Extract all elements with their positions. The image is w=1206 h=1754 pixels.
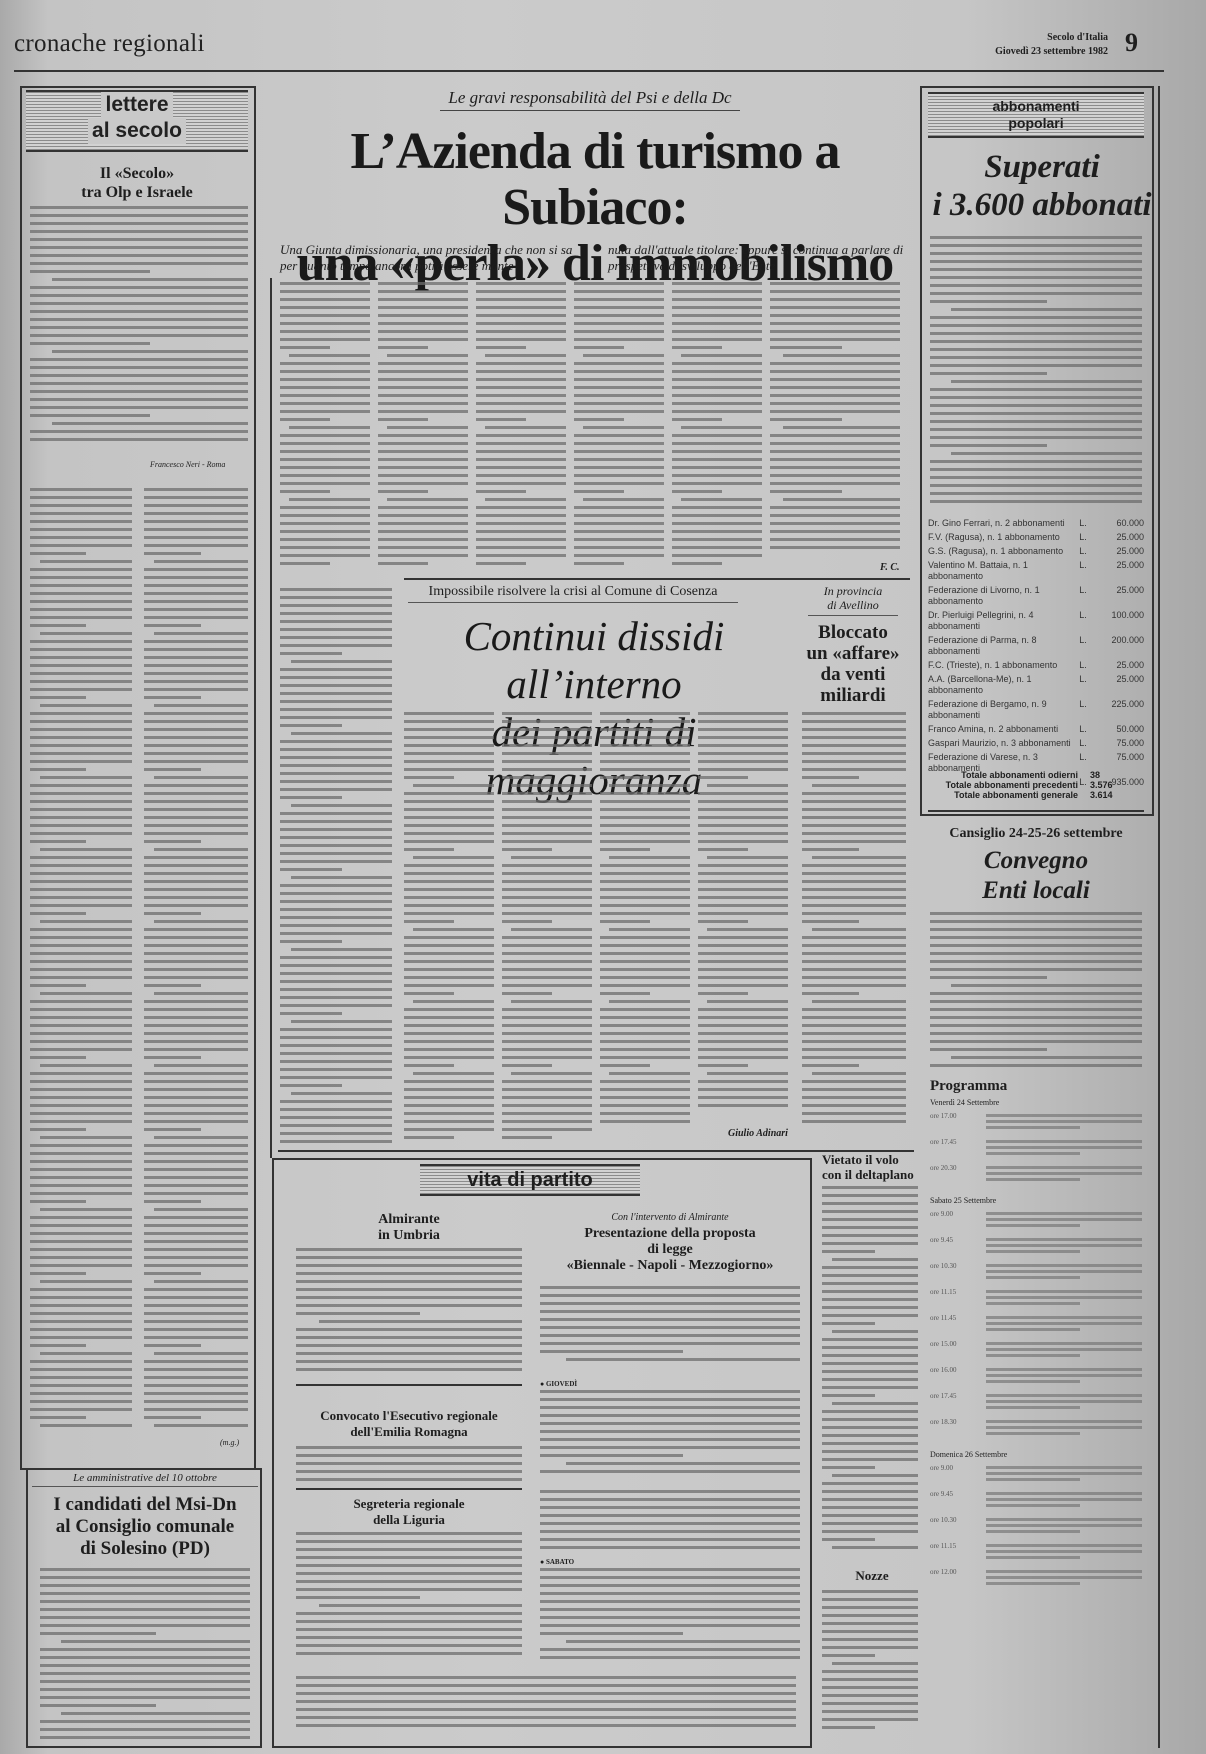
subscription-amount: 25.000 (1090, 546, 1144, 557)
text-line (930, 460, 1142, 463)
subscriptions-title-line2: popolari (928, 115, 1144, 132)
text-line (802, 848, 859, 851)
text-line (144, 824, 248, 827)
programme-row: ore 17.45 (930, 1392, 1142, 1412)
text-line (280, 1044, 392, 1047)
text-line (822, 1242, 918, 1245)
text-line (52, 422, 248, 425)
text-line (583, 354, 664, 357)
programme-title: Programma (930, 1078, 1007, 1095)
text-line (502, 760, 592, 763)
text-line (574, 418, 624, 421)
text-line (144, 1096, 248, 1099)
text-line (280, 474, 370, 477)
text-line (30, 438, 248, 441)
text-line (770, 282, 900, 285)
text-line (280, 362, 370, 365)
letters-headline-line2: tra Olp e Israele (26, 183, 248, 202)
text-line (476, 450, 566, 453)
text-line (30, 816, 132, 819)
text-line (672, 306, 762, 309)
text-line (296, 1652, 522, 1655)
text-line (296, 1580, 522, 1583)
text-line (404, 936, 494, 939)
text-line (30, 1112, 132, 1115)
text-line (822, 1718, 918, 1721)
text-line (144, 872, 248, 875)
text-line (30, 512, 132, 515)
column-rule-right (1158, 86, 1160, 1748)
text-line (600, 1040, 690, 1043)
programme-description (986, 1516, 1142, 1536)
text-line (378, 378, 468, 381)
text-line (822, 1670, 918, 1673)
text-line (280, 748, 392, 751)
text-line (502, 1120, 592, 1123)
subscriptions-title-line1: abbonamenti (928, 98, 1144, 115)
text-line (698, 776, 748, 779)
text-line (672, 506, 762, 509)
text-line (291, 1092, 392, 1095)
text-line (600, 1112, 690, 1115)
text-line (802, 1080, 906, 1083)
text-line (476, 458, 566, 461)
text-line (291, 1020, 392, 1023)
text-line (574, 546, 664, 549)
text-line (822, 1506, 918, 1509)
letters-second-body-right (144, 488, 248, 1432)
text-line (30, 294, 248, 297)
text-line (378, 450, 468, 453)
text-line (144, 496, 248, 499)
text-line (672, 442, 762, 445)
text-line (280, 530, 370, 533)
programme-time: ore 17.45 (930, 1138, 986, 1158)
text-line (502, 1040, 592, 1043)
text-line (600, 1096, 690, 1099)
text-line (812, 784, 906, 787)
text-line (30, 1216, 132, 1219)
text-line (502, 848, 552, 851)
text-line (144, 1160, 248, 1163)
text-line (280, 684, 392, 687)
subscription-name: F.C. (Trieste), n. 1 abbonamento (928, 660, 1076, 671)
programme-time: ore 11.15 (930, 1288, 986, 1308)
text-line (770, 546, 900, 549)
text-line (698, 880, 788, 883)
text-line (698, 864, 788, 867)
text-line (296, 1572, 522, 1575)
text-line (770, 386, 900, 389)
text-line (672, 362, 762, 365)
text-line (30, 1152, 132, 1155)
text-line (144, 1360, 248, 1363)
programme-description (986, 1418, 1142, 1438)
lead-body-col6 (770, 282, 900, 558)
subscription-amount: 25.000 (1090, 660, 1144, 671)
text-line (600, 1120, 690, 1123)
text-line (296, 1344, 522, 1347)
text-line (476, 546, 566, 549)
text-line (600, 912, 690, 915)
text-line (600, 944, 690, 947)
text-line (600, 1104, 690, 1107)
text-line (413, 856, 494, 859)
text-line (822, 1638, 918, 1641)
subscription-amount: 25.000 (1090, 674, 1144, 696)
text-line (30, 262, 248, 265)
letters-second-body-left (30, 488, 132, 1432)
text-line (280, 1012, 342, 1015)
subscription-row: F.C. (Trieste), n. 1 abbonamentoL.25.000 (928, 660, 1144, 671)
presentation-kicker: Con l'intervento di Almirante (540, 1212, 800, 1223)
text-line (930, 1000, 1142, 1003)
text-line (280, 884, 392, 887)
newspaper-page: cronache regionali Secolo d'Italia Giove… (0, 0, 1206, 1754)
text-line (30, 1392, 132, 1395)
text-line (672, 522, 762, 525)
text-line (802, 1104, 906, 1107)
totals-row: Totale abbonamenti odierni38 (928, 770, 1144, 780)
text-line (30, 238, 248, 241)
text-line (404, 888, 494, 891)
text-line (144, 1232, 248, 1235)
text-line (378, 458, 468, 461)
text-line (280, 1108, 392, 1111)
rule-emilia (296, 1384, 522, 1386)
subscriptions-box-title: abbonamenti popolari (928, 92, 1144, 138)
text-line (30, 1096, 132, 1099)
text-line (404, 896, 494, 899)
subscription-amount: 200.000 (1090, 635, 1144, 657)
text-line (378, 362, 468, 365)
text-line (502, 1048, 592, 1051)
text-line (30, 1056, 86, 1059)
text-line (296, 1288, 522, 1291)
text-line (280, 636, 392, 639)
text-line (404, 968, 494, 971)
liguria-title-line1: Segreteria regionale (296, 1496, 522, 1512)
text-line (404, 736, 494, 739)
text-line (574, 482, 664, 485)
text-line (822, 1282, 918, 1285)
bottom-section-rule (278, 1150, 914, 1152)
text-line (930, 444, 1047, 447)
text-line (698, 912, 788, 915)
text-line (802, 728, 906, 731)
text-line (502, 920, 552, 923)
text-line (672, 530, 762, 533)
text-line (280, 1068, 392, 1071)
programme-time: ore 10.30 (930, 1516, 986, 1536)
text-line (574, 466, 664, 469)
text-line (812, 856, 906, 859)
subscriptions-totals: Totale abbonamenti odierni38Totale abbon… (928, 770, 1144, 800)
text-line (144, 1296, 248, 1299)
text-line (378, 514, 468, 517)
text-line (930, 252, 1142, 255)
text-line (30, 1032, 132, 1035)
text-line (30, 640, 132, 643)
nozze-headline: Nozze (822, 1568, 922, 1584)
text-line (822, 1378, 918, 1381)
text-line (502, 936, 592, 939)
text-line (476, 522, 566, 525)
text-line (296, 1676, 796, 1679)
text-line (930, 348, 1142, 351)
text-line (404, 1120, 494, 1123)
subscription-name: Franco Amina, n. 2 abbonamenti (928, 724, 1076, 735)
text-line (802, 744, 906, 747)
text-line (672, 338, 762, 341)
text-line (770, 394, 900, 397)
text-line (822, 1694, 918, 1697)
text-line (672, 450, 762, 453)
text-line (672, 418, 722, 421)
text-line (930, 928, 1142, 931)
text-line (378, 394, 468, 397)
text-line (476, 434, 566, 437)
text-line (144, 760, 248, 763)
text-line (404, 808, 494, 811)
text-line (30, 664, 132, 667)
subscription-amount: 25.000 (1090, 532, 1144, 543)
text-line (378, 522, 468, 525)
text-line (822, 1226, 918, 1229)
text-line (280, 628, 392, 631)
text-line (583, 426, 664, 429)
lead-story-kicker: Le gravi responsabilità del Psi e della … (440, 88, 740, 111)
text-line (296, 1360, 522, 1363)
text-line (30, 728, 132, 731)
text-line (600, 816, 690, 819)
text-line (30, 608, 132, 611)
text-line (600, 1064, 650, 1067)
text-line (540, 1430, 800, 1433)
programme-row: ore 16.00 (930, 1366, 1142, 1386)
text-line (289, 498, 370, 501)
text-line (476, 346, 526, 349)
text-line (822, 1538, 875, 1541)
text-line (404, 1112, 494, 1115)
text-line (502, 1032, 592, 1035)
programme-time: ore 15.00 (930, 1340, 986, 1360)
text-line (40, 1584, 250, 1587)
subscription-amount: 25.000 (1090, 560, 1144, 582)
text-line (502, 752, 592, 755)
subscription-currency: L. (1076, 699, 1090, 721)
text-line (822, 1458, 918, 1461)
text-line (802, 1032, 906, 1035)
text-line (812, 1072, 906, 1075)
text-line (698, 752, 788, 755)
text-line (822, 1426, 918, 1429)
lead-story-deck-right: nuta dall'attuale titolare: eppure si co… (608, 242, 910, 274)
text-line (280, 972, 392, 975)
text-line (822, 1590, 918, 1593)
text-line (485, 426, 566, 429)
text-line (280, 434, 370, 437)
text-line (40, 704, 132, 707)
text-line (144, 616, 248, 619)
text-line (144, 1416, 201, 1419)
text-line (30, 568, 132, 571)
text-line (600, 776, 650, 779)
text-line (40, 1656, 250, 1659)
subscription-name: Dr. Pierluigi Pellegrini, n. 4 abbonamen… (928, 610, 1076, 632)
programme-time: ore 10.30 (930, 1262, 986, 1282)
text-line (502, 744, 592, 747)
text-line (476, 514, 566, 517)
text-line (280, 812, 392, 815)
text-line (540, 1506, 800, 1509)
text-line (951, 1056, 1142, 1059)
text-line (540, 1514, 800, 1517)
text-line (144, 784, 248, 787)
text-line (698, 952, 788, 955)
text-line (154, 992, 248, 995)
text-line (698, 744, 788, 747)
text-line (540, 1334, 800, 1337)
lead-body-col3 (476, 282, 566, 572)
text-line (540, 1414, 800, 1417)
text-line (144, 904, 248, 907)
text-line (30, 800, 132, 803)
text-line (672, 402, 762, 405)
subscription-row: Dr. Gino Ferrari, n. 2 abbonamentiL.60.0… (928, 518, 1144, 529)
text-line (144, 640, 248, 643)
text-line (822, 1726, 875, 1729)
text-line (574, 522, 664, 525)
text-line (40, 1568, 250, 1571)
text-line (296, 1724, 796, 1727)
text-line (540, 1390, 800, 1393)
text-line (280, 1052, 392, 1055)
totals-label: Totale abbonamenti generale (928, 790, 1090, 800)
text-line (378, 442, 468, 445)
text-line (40, 1736, 250, 1739)
text-line (930, 284, 1142, 287)
text-line (802, 800, 906, 803)
text-line (609, 784, 690, 787)
text-line (144, 688, 248, 691)
text-line (802, 1064, 859, 1067)
text-line (698, 968, 788, 971)
text-line (476, 418, 526, 421)
subscription-currency: L. (1076, 635, 1090, 657)
text-line (144, 1392, 248, 1395)
text-line (930, 260, 1142, 263)
subscription-amount: 50.000 (1090, 724, 1144, 735)
text-line (476, 322, 566, 325)
bullet-giovedi: ● GIOVEDÌ (540, 1380, 577, 1388)
subscription-currency: L. (1076, 585, 1090, 607)
text-line (280, 522, 370, 525)
text-line (930, 276, 1142, 279)
letters-title-line2: al secolo (88, 118, 186, 144)
text-line (822, 1290, 918, 1293)
text-line (822, 1306, 918, 1309)
subscription-row: Dr. Pierluigi Pellegrini, n. 4 abbonamen… (928, 610, 1144, 632)
programme-row: ore 11.45 (930, 1314, 1142, 1334)
text-line (698, 872, 788, 875)
text-line (291, 804, 392, 807)
text-line (822, 1686, 918, 1689)
text-line (291, 876, 392, 879)
subscription-name: A.A. (Barcellona-Me), n. 1 abbonamento (928, 674, 1076, 696)
text-line (40, 1352, 132, 1355)
vita-di-partito-title: vita di partito (420, 1164, 640, 1196)
text-line (280, 980, 392, 983)
text-line (30, 688, 132, 691)
text-line (540, 1538, 800, 1541)
text-line (30, 1000, 132, 1003)
text-line (296, 1684, 796, 1687)
avellino-headline-line4: miliardi (800, 685, 906, 706)
text-line (144, 1368, 248, 1371)
text-line (930, 1064, 1142, 1067)
text-line (144, 1080, 248, 1083)
text-line (802, 720, 906, 723)
text-line (698, 800, 788, 803)
text-line (280, 612, 392, 615)
text-line (502, 736, 592, 739)
text-line (540, 1656, 800, 1659)
text-line (378, 338, 468, 341)
text-line (378, 290, 468, 293)
text-line (502, 824, 592, 827)
text-line (822, 1218, 918, 1221)
text-line (30, 520, 132, 523)
text-line (574, 394, 664, 397)
text-line (30, 222, 248, 225)
programme-time: ore 11.15 (930, 1542, 986, 1562)
text-line (822, 1386, 918, 1389)
lead-headline-line1: L’Azienda di turismo a Subiaco: (275, 124, 915, 236)
text-line (30, 254, 248, 257)
text-line (30, 326, 248, 329)
text-line (672, 490, 722, 493)
text-line (802, 952, 906, 955)
text-line (144, 600, 248, 603)
text-line (144, 592, 248, 595)
programme-row: ore 15.00 (930, 1340, 1142, 1360)
text-line (540, 1632, 683, 1635)
text-line (30, 536, 132, 539)
text-line (822, 1194, 918, 1197)
text-line (296, 1312, 420, 1315)
text-line (600, 800, 690, 803)
text-line (698, 960, 788, 963)
totals-value: 3.576 (1090, 780, 1144, 790)
text-line (30, 936, 132, 939)
text-line (144, 1240, 248, 1243)
text-line (378, 330, 468, 333)
text-line (930, 316, 1142, 319)
text-line (280, 1036, 392, 1039)
text-line (502, 1136, 552, 1139)
text-line (672, 378, 762, 381)
subscription-currency: L. (1076, 532, 1090, 543)
subscription-amount: 100.000 (1090, 610, 1144, 632)
text-line (280, 554, 370, 557)
subscriptions-body-text (930, 236, 1142, 508)
text-line (502, 976, 592, 979)
text-line (404, 1080, 494, 1083)
programme-time: ore 9.45 (930, 1236, 986, 1256)
text-line (144, 800, 248, 803)
text-line (387, 426, 468, 429)
